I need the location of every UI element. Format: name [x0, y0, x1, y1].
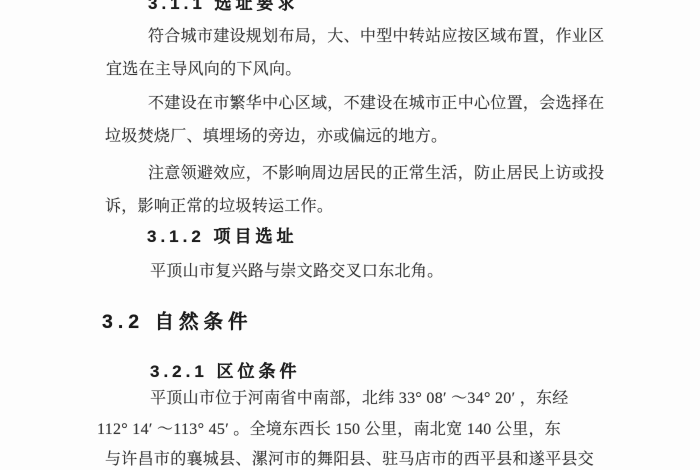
- section-heading-3-2: 3.2 自然条件: [102, 313, 253, 333]
- paragraph-location-rule-line-1: 不建设在市繁华中心区域，不建设在城市正中心位置，会选择在: [148, 96, 604, 112]
- section-heading-3-1-1: 3.1.1 选址要求: [148, 0, 299, 12]
- paragraph-geography-line-1: 平顶山市位于河南省中南部，北纬 33° 08′ ～34° 20′ ，东经: [150, 391, 569, 407]
- paragraph-nimby-line-2: 诉，影响正常的垃圾转运工作。: [105, 199, 333, 215]
- paragraph-geography-line-3: 与许昌市的襄城县、漯河市的舞阳县、驻马店市的西平县和遂平县交: [105, 452, 594, 468]
- paragraph-geography-line-2: 112° 14′ ～113° 45′ 。全境东西长 150 公里，南北宽 140…: [97, 422, 561, 438]
- paragraph-siting-req-line-2: 宜选在主导风向的下风向。: [106, 62, 302, 78]
- paragraph-location-rule-line-2: 垃圾焚烧厂、填埋场的旁边，亦或偏远的地方。: [105, 129, 447, 145]
- section-heading-3-1-2: 3.1.2 项目选址: [147, 228, 298, 245]
- paragraph-siting-req-line-1: 符合城市建设规划布局，大、中型中转站应按区域布置，作业区: [148, 29, 604, 45]
- paragraph-project-site: 平顶山市复兴路与崇文路交叉口东北角。: [150, 264, 443, 280]
- document-page: 3.1.1 选址要求 符合城市建设规划布局，大、中型中转站应按区域布置，作业区 …: [0, 0, 700, 470]
- section-heading-3-2-1: 3.2.1 区位条件: [150, 363, 301, 380]
- paragraph-nimby-line-1: 注意领避效应，不影响周边居民的正常生活，防止居民上访或投: [148, 166, 604, 182]
